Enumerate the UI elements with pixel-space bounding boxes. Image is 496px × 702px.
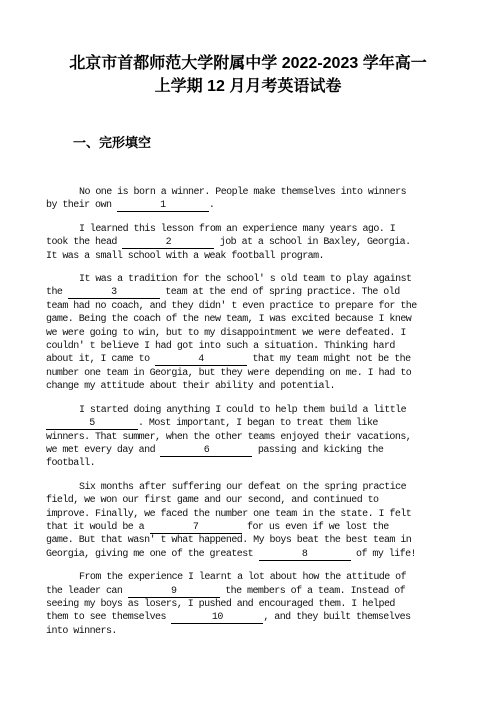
paragraph: I learned this lesson from an experience…	[46, 223, 418, 263]
paragraph: It was a tradition for the school' s old…	[46, 273, 418, 394]
cloze-blank-6: 6	[160, 446, 252, 457]
cloze-blank-7: 7	[150, 523, 242, 534]
cloze-blank-9: 9	[128, 587, 220, 598]
cloze-blank-10: 10	[171, 613, 263, 624]
cloze-blank-2: 2	[122, 238, 214, 249]
paragraph: From the experience I learnt a lot about…	[46, 571, 418, 638]
exam-body: No one is born a winner. People make the…	[46, 186, 418, 638]
cloze-blank-8: 8	[259, 550, 351, 561]
title-line-2: 上学期 12 月月考英语试卷	[0, 75, 496, 98]
cloze-blank-1: 1	[117, 201, 209, 212]
paragraph: Six months after suffering our defeat on…	[46, 481, 418, 561]
paragraph: No one is born a winner. People make the…	[46, 186, 418, 213]
cloze-blank-4: 4	[155, 355, 247, 366]
paragraph: I started doing anything I could to help…	[46, 404, 418, 471]
exam-paper-page: 北京市首都师范大学附属中学 2022-2023 学年高一 上学期 12 月月考英…	[0, 0, 496, 702]
document-title: 北京市首都师范大学附属中学 2022-2023 学年高一 上学期 12 月月考英…	[0, 0, 496, 98]
cloze-blank-3: 3	[68, 288, 160, 299]
section-heading-cloze: 一、完形填空	[73, 132, 496, 151]
title-line-1: 北京市首都师范大学附属中学 2022-2023 学年高一	[0, 52, 496, 75]
cloze-blank-5: 5	[46, 419, 138, 430]
